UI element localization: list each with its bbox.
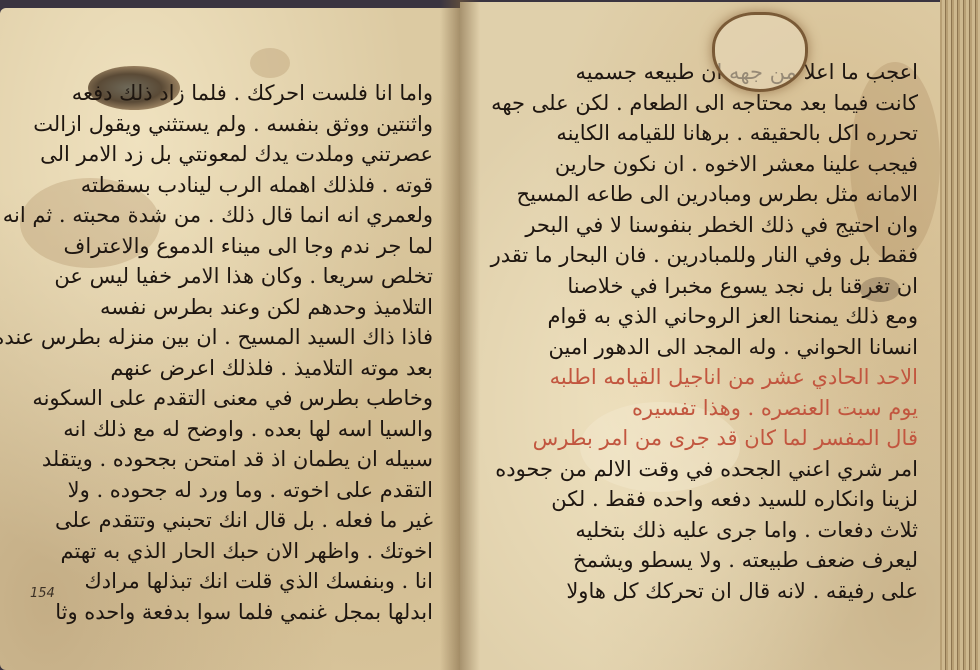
text-line: اخوتك . واظهر الان حبك الحار الذي به تهت… <box>38 536 433 567</box>
stain <box>250 48 290 78</box>
text-line: التلاميذ وحدهم لكن وعند بطرس نفسه <box>38 292 433 323</box>
text-line: ثلاث دفعات . واما جرى عليه ذلك بتخليه <box>498 515 918 546</box>
left-page: واما انا فلست احركك . فلما زاد ذلك دفعه … <box>0 8 460 670</box>
text-line: ابدلها بمجل غنمي فلما سوا بدفعة واحده وث… <box>38 597 433 628</box>
text-line: لما جر ندم وجا الى ميناء الدموع والاعترا… <box>38 231 433 262</box>
text-line: ومع ذلك يمنحنا العز الروحاني الذي به قوا… <box>498 301 918 332</box>
text-line: كانت فيما بعد محتاجه الى الطعام . لكن عل… <box>498 88 918 119</box>
text-line: ولعمري انه انما قال ذلك . من شدة محبته .… <box>38 200 433 231</box>
text-line: التقدم على اخوته . وما ورد له جحوده . ول… <box>38 475 433 506</box>
text-line: غير ما فعله . بل قال انك تحبني وتتقدم عل… <box>38 505 433 536</box>
text-line: عصرتني وملدت يدك لمعونتي بل زد الامر الى <box>38 139 433 170</box>
text-line: سبيله ان يطمان اذ قد امتحن بجحوده . ويتق… <box>38 444 433 475</box>
text-line: تخلص سريعا . وكان هذا الامر خفيا ليس عن <box>38 261 433 292</box>
rubric-line: قال المفسر لما كان قد جرى من امر بطرس <box>498 423 918 454</box>
text-line: بعد موته التلاميذ . فلذلك اعرض عنهم <box>38 353 433 384</box>
text-line: فقط بل وفي النار وللمبادرين . فان البحار… <box>498 240 918 271</box>
text-line: واثنتين ووثق بنفسه . ولم يستثني ويقول از… <box>38 109 433 140</box>
page-edges <box>940 0 980 670</box>
text-line: واما انا فلست احركك . فلما زاد ذلك دفعه <box>38 78 433 109</box>
rubric-line: يوم سبت العنصره . وهذا تفسيره <box>498 393 918 424</box>
text-line: على رفيقه . لانه قال ان تحركك كل هاولا <box>498 576 918 607</box>
text-line: والسيا اسه لها بعده . واوضح له مع ذلك ان… <box>38 414 433 445</box>
text-line: الامانه مثل بطرس ومبادرين الى طاعه المسي… <box>498 179 918 210</box>
text-line: قوته . فلذلك اهمله الرب لينادب بسقطته <box>38 170 433 201</box>
text-line: وخاطب بطرس في معنى التقدم على السكونه <box>38 383 433 414</box>
text-line: امر شري اعني الجحده في وقت الالم من جحود… <box>498 454 918 485</box>
text-line: انسانا الحواني . وله المجد الى الدهور ام… <box>498 332 918 363</box>
text-line: فاذا ذاك السيد المسيح . ان بين منزله بطر… <box>38 322 433 353</box>
text-line: انا . وبنفسك الذي قلت انك تبذلها مرادك <box>38 566 433 597</box>
text-line: لزينا وانكاره للسيد دفعه واحده فقط . لكن <box>498 484 918 515</box>
manuscript-photo: واما انا فلست احركك . فلما زاد ذلك دفعه … <box>0 0 980 670</box>
right-page-text: اعجب ما اعلا من جهه ان طبيعه جسميه كانت … <box>498 57 918 606</box>
text-line: ان تغرقنا بل نجد يسوع مخبرا في خلاصنا <box>498 271 918 302</box>
rubric-line: الاحد الحادي عشر من اناجيل القيامه اطلبه <box>498 362 918 393</box>
text-line: ليعرف ضعف طبيعته . ولا يسطو ويشمخ <box>498 545 918 576</box>
left-page-text: واما انا فلست احركك . فلما زاد ذلك دفعه … <box>38 78 433 627</box>
right-page: اعجب ما اعلا من جهه ان طبيعه جسميه كانت … <box>460 2 955 670</box>
text-line: تحرره اكل بالحقيقه . برهانا للقيامه الكا… <box>498 118 918 149</box>
text-line: فيجب علينا معشر الاخوه . ان نكون حارين <box>498 149 918 180</box>
burn-hole <box>712 12 808 92</box>
folio-number: 154 <box>30 586 55 601</box>
text-line: اعجب ما اعلا من جهه ان طبيعه جسميه <box>498 57 918 88</box>
book-gutter <box>440 0 480 670</box>
text-line: وان احتيج في ذلك الخطر بنفوسنا لا في الب… <box>498 210 918 241</box>
